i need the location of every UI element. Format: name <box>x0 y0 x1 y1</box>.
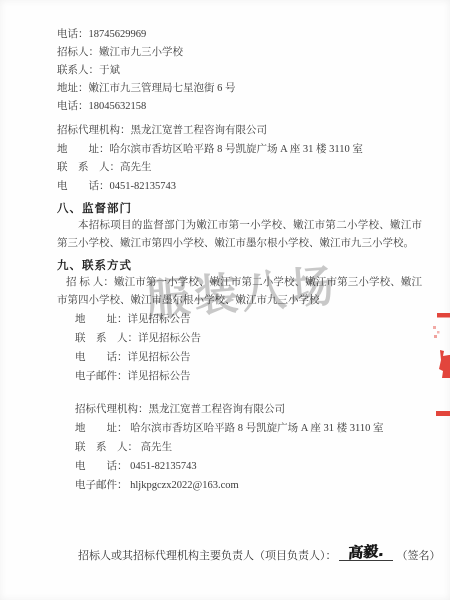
contact-line-person: 联系人：于斌 <box>57 62 422 80</box>
section-8-body: 本招标项目的监督部门为嫩江市第一小学校、嫩江市第二小学校、嫩江市第三小学校、嫩江… <box>57 217 422 253</box>
contact-line-address: 地址：嫩江市九三管理局七星泡街 6 号 <box>57 80 422 98</box>
contact-line-phone-2: 电话：18045632158 <box>57 98 422 116</box>
agency-line-phone: 电 话：0451-82135743 <box>57 178 422 197</box>
tenderer-contact-block: 电话：18745629969 招标人：嫩江市九三小学校 联系人：于斌 地址：嫩江… <box>57 26 422 116</box>
s9-line-phone: 电 话：详见招标公告 <box>75 348 422 367</box>
section-9-contact-block: 地 址：详见招标公告 联 系 人：详见招标公告 电 话：详见招标公告 电子邮件：… <box>75 310 422 386</box>
signature-line: 招标人或其招标代理机构主要负责人（项目负责人）：高毅.（签名） <box>78 545 422 563</box>
seal-dash-bottom <box>436 411 450 416</box>
signature-label: 招标人或其招标代理机构主要负责人（项目负责人）： <box>78 550 337 562</box>
s9-line-email: 电子邮件：详见招标公告 <box>75 367 422 386</box>
section-9-tenderer-line: 招 标 人：嫩江市第一小学校、嫩江市第二小学校、嫩江市第三小学校、嫩江市第四小学… <box>57 274 422 310</box>
agency-line-name: 招标代理机构：黑龙江宽普工程咨询有限公司 <box>57 122 422 141</box>
s9-line-person: 联 系 人：详见招标公告 <box>75 329 422 348</box>
signature-suffix: （签名） <box>397 550 441 562</box>
s9-line-address: 地 址：详见招标公告 <box>75 310 422 329</box>
signature-handwritten: 高毅. <box>347 540 384 564</box>
section-8-heading: 八、监督部门 <box>57 199 422 217</box>
red-seal-fragment <box>430 305 450 430</box>
seal-dash-top <box>437 313 450 318</box>
document-page: 服装八场 电话：18745629969 招标人：嫩江市九三小学校 联系人：于斌 … <box>0 0 450 600</box>
document-content: 电话：18745629969 招标人：嫩江市九三小学校 联系人：于斌 地址：嫩江… <box>57 26 422 563</box>
section-9-heading: 九、联系方式 <box>57 256 422 274</box>
s9-agency-email: 电子邮件： hljkpgczx2022@163.com <box>75 476 422 495</box>
contact-line-tenderer: 招标人：嫩江市九三小学校 <box>57 44 422 62</box>
s9-agency-phone: 电 话： 0451-82135743 <box>75 457 422 476</box>
s9-agency-name: 招标代理机构：黑龙江宽普工程咨询有限公司 <box>75 400 422 419</box>
s9-agency-address: 地 址： 哈尔滨市香坊区哈平路 8 号凯旋广场 A 座 31 楼 3110 室 <box>75 419 422 438</box>
signature-underline: 高毅. <box>339 545 393 561</box>
agency-contact-block: 招标代理机构：黑龙江宽普工程咨询有限公司 地 址：哈尔滨市香坊区哈平路 8 号凯… <box>57 122 422 196</box>
s9-agency-person: 联 系 人： 高先生 <box>75 438 422 457</box>
contact-line-phone-1: 电话：18745629969 <box>57 26 422 44</box>
agency-line-person: 联 系 人：高先生 <box>57 159 422 178</box>
section-9-agency-block: 招标代理机构：黑龙江宽普工程咨询有限公司 地 址： 哈尔滨市香坊区哈平路 8 号… <box>75 400 422 495</box>
seal-blob <box>439 350 450 378</box>
agency-line-address: 地 址：哈尔滨市香坊区哈平路 8 号凯旋广场 A 座 31 楼 3110 室 <box>57 141 422 160</box>
